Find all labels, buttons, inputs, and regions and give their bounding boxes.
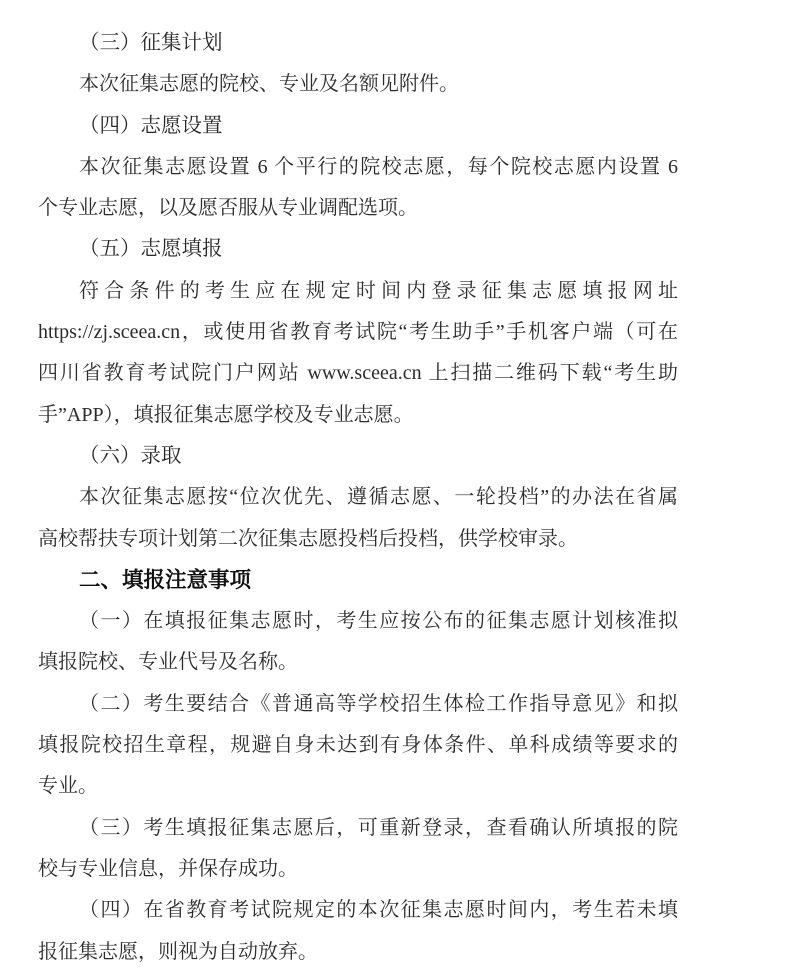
paragraph-line: 高校帮扶专项计划第二次征集志愿投档后投档，供学校审录。 [38, 519, 678, 560]
paragraph-line: 报征集志愿，则视为自动放弃。 [38, 932, 678, 973]
paragraph-line: （三）考生填报征集志愿后，可重新登录，查看确认所填报的院 [38, 808, 678, 849]
paragraph-line: 本次征集志愿按“位次优先、遵循志愿、一轮投档”的办法在省属 [38, 477, 678, 518]
section-heading: 二、填报注意事项 [38, 560, 678, 601]
sub-heading-line: （五）志愿填报 [38, 229, 678, 270]
paragraph-line: 四川省教育考试院门户网站 www.sceea.cn 上扫描二维码下载“考生助 [38, 353, 678, 394]
paragraph-line: 符合条件的考生应在规定时间内登录征集志愿填报网址 [38, 271, 678, 312]
paragraph-line: 填报院校、专业代号及名称。 [38, 642, 678, 683]
sub-heading-line: （六）录取 [38, 436, 678, 477]
paragraph-line: 个专业志愿，以及愿否服从专业调配选项。 [38, 188, 678, 229]
sub-heading-line: （三）征集计划 [38, 23, 678, 64]
document-page: （三）征集计划本次征集志愿的院校、专业及名额见附件。（四）志愿设置本次征集志愿设… [0, 0, 800, 977]
paragraph-line: 本次征集志愿设置 6 个平行的院校志愿，每个院校志愿内设置 6 [38, 147, 678, 188]
paragraph-line: 本次征集志愿的院校、专业及名额见附件。 [38, 64, 678, 105]
paragraph-line: https://zj.sceea.cn，或使用省教育考试院“考生助手”手机客户端… [38, 312, 678, 353]
paragraph-line: 手”APP），填报征集志愿学校及专业志愿。 [38, 395, 678, 436]
paragraph-line: （四）在省教育考试院规定的本次征集志愿时间内，考生若未填 [38, 890, 678, 931]
sub-heading-line: （四）志愿设置 [38, 106, 678, 147]
paragraph-line: 专业。 [38, 766, 678, 807]
paragraph-line: （一）在填报征集志愿时，考生应按公布的征集志愿计划核准拟 [38, 601, 678, 642]
paragraph-line: 填报院校招生章程，规避自身未达到有身体条件、单科成绩等要求的 [38, 725, 678, 766]
paragraph-line: 校与专业信息，并保存成功。 [38, 849, 678, 890]
paragraph-line: （二）考生要结合《普通高等学校招生体检工作指导意见》和拟 [38, 684, 678, 725]
